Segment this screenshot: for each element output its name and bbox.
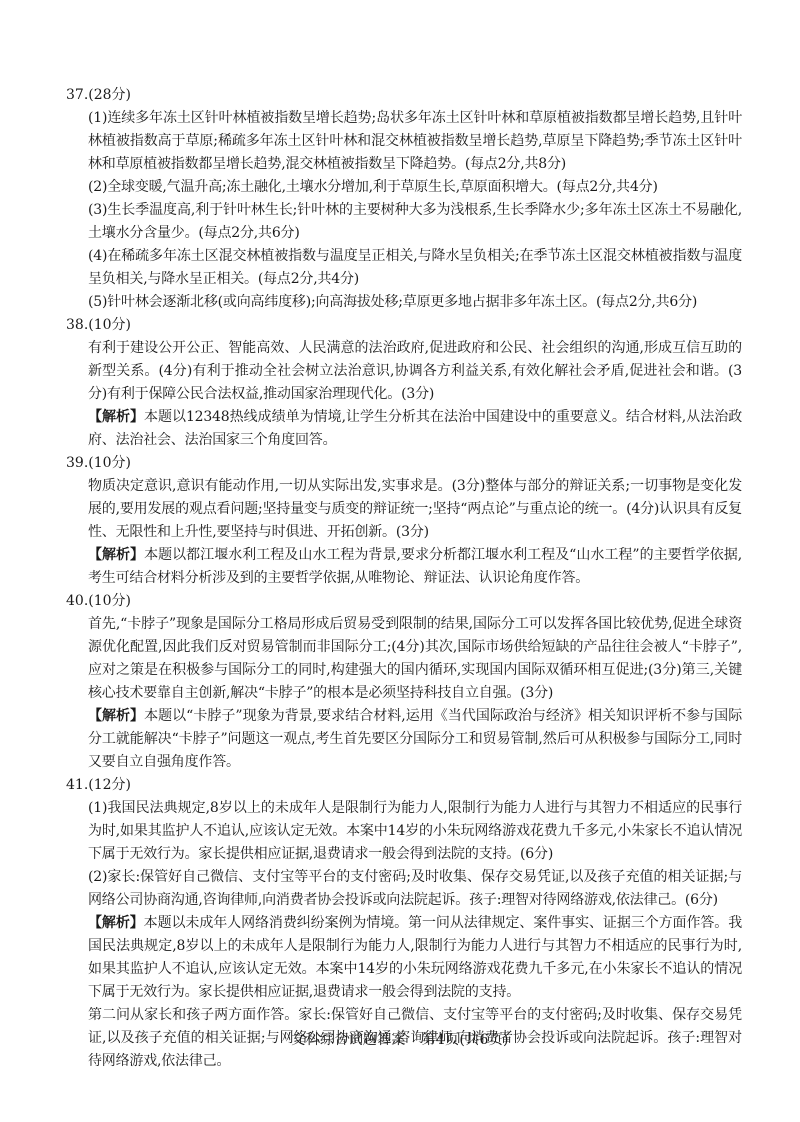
question-number: 37. (66, 87, 88, 103)
answer-part-2: (2)家长:保管好自己微信、支付宝等平台的支付密码;及时收集、保存交易凭证,以及… (88, 866, 742, 912)
analysis-tag: 【解析】 (88, 915, 144, 931)
question-points: (28分) (88, 87, 131, 103)
answer-part-3: (3)生长季温度高,利于针叶林生长;针叶林的主要树种大多为浅根系,生长季降水少;… (88, 199, 742, 245)
question-header: 38.(10分) (66, 314, 742, 337)
analysis-text: 本题以“卡脖子”现象为背景,要求结合材料,运用《当代国际政治与经济》相关知识评析… (88, 708, 742, 770)
analysis-tag: 【解析】 (88, 409, 144, 425)
answer-part-5: (5)针叶林会逐渐北移(或向高纬度移);向高海拔处移;草原更多地占据非多年冻土区… (88, 291, 742, 314)
question-header: 37.(28分) (66, 84, 742, 107)
question-points: (12分) (88, 777, 131, 793)
question-40: 40.(10分) 首先,“卡脖子”现象是国际分工格局形成后贸易受到限制的结果,国… (66, 590, 742, 774)
question-points: (10分) (88, 593, 131, 609)
question-header: 39.(10分) (66, 452, 742, 475)
answer-part-4: (4)在稀疏多年冻土区混交林植被指数与温度呈正相关,与降水呈负相关;在季节冻土区… (88, 245, 742, 291)
analysis: 【解析】本题以“卡脖子”现象为背景,要求结合材料,运用《当代国际政治与经济》相关… (88, 705, 742, 774)
question-number: 38. (66, 317, 88, 333)
answer-text: 首先,“卡脖子”现象是国际分工格局形成后贸易受到限制的结果,国际分工可以发挥各国… (88, 613, 742, 705)
question-points: (10分) (88, 455, 131, 471)
question-41: 41.(12分) (1)我国民法典规定,8岁以上的未成年人是限制行为能力人,限制… (66, 774, 742, 1073)
question-header: 40.(10分) (66, 590, 742, 613)
question-number: 40. (66, 593, 88, 609)
answer-text: 物质决定意识,意识有能动作用,一切从实际出发,实事求是。(3分)整体与部分的辩证… (88, 475, 742, 544)
answer-part-1: (1)我国民法典规定,8岁以上的未成年人是限制行为能力人,限制行为能力人进行与其… (88, 797, 742, 866)
analysis-text: 本题以都江堰水利工程及山水工程为背景,要求分析都江堰水利工程及“山水工程”的主要… (88, 547, 742, 586)
analysis: 【解析】本题以12348热线成绩单为情境,让学生分析其在法治中国建设中的重要意义… (88, 406, 742, 452)
question-number: 39. (66, 455, 88, 471)
analysis-text: 本题以未成年人网络消费纠纷案例为情境。第一问从法律规定、案件事实、证据三个方面作… (88, 915, 742, 1000)
page-number: 第4页(共6页) (422, 1032, 509, 1048)
analysis-text: 本题以12348热线成绩单为情境,让学生分析其在法治中国建设中的重要意义。结合材… (88, 409, 742, 448)
analysis: 【解析】本题以未成年人网络消费纠纷案例为情境。第一问从法律规定、案件事实、证据三… (88, 912, 742, 1004)
answer-part-2: (2)全球变暖,气温升高;冻土融化,土壤水分增加,利于草原生长,草原面积增大。(… (88, 176, 742, 199)
question-38: 38.(10分) 有利于建设公开公正、智能高效、人民满意的法治政府,促进政府和公… (66, 314, 742, 452)
question-number: 41. (66, 777, 88, 793)
analysis-tag: 【解析】 (88, 547, 144, 563)
footer-title: 文科综合试题答案 (291, 1032, 405, 1048)
question-header: 41.(12分) (66, 774, 742, 797)
answer-page: 37.(28分) (1)连续多年冻土区针叶林植被指数呈增长趋势;岛状多年冻土区针… (66, 84, 742, 1073)
analysis-tag: 【解析】 (88, 708, 144, 724)
question-37: 37.(28分) (1)连续多年冻土区针叶林植被指数呈增长趋势;岛状多年冻土区针… (66, 84, 742, 314)
answer-part-1: (1)连续多年冻土区针叶林植被指数呈增长趋势;岛状多年冻土区针叶林和草原植被指数… (88, 107, 742, 176)
answer-text: 有利于建设公开公正、智能高效、人民满意的法治政府,促进政府和公民、社会组织的沟通… (88, 337, 742, 406)
analysis: 【解析】本题以都江堰水利工程及山水工程为背景,要求分析都江堰水利工程及“山水工程… (88, 544, 742, 590)
page-footer: 文科综合试题答案第4页(共6页) (0, 1030, 800, 1050)
question-points: (10分) (88, 317, 131, 333)
question-39: 39.(10分) 物质决定意识,意识有能动作用,一切从实际出发,实事求是。(3分… (66, 452, 742, 590)
